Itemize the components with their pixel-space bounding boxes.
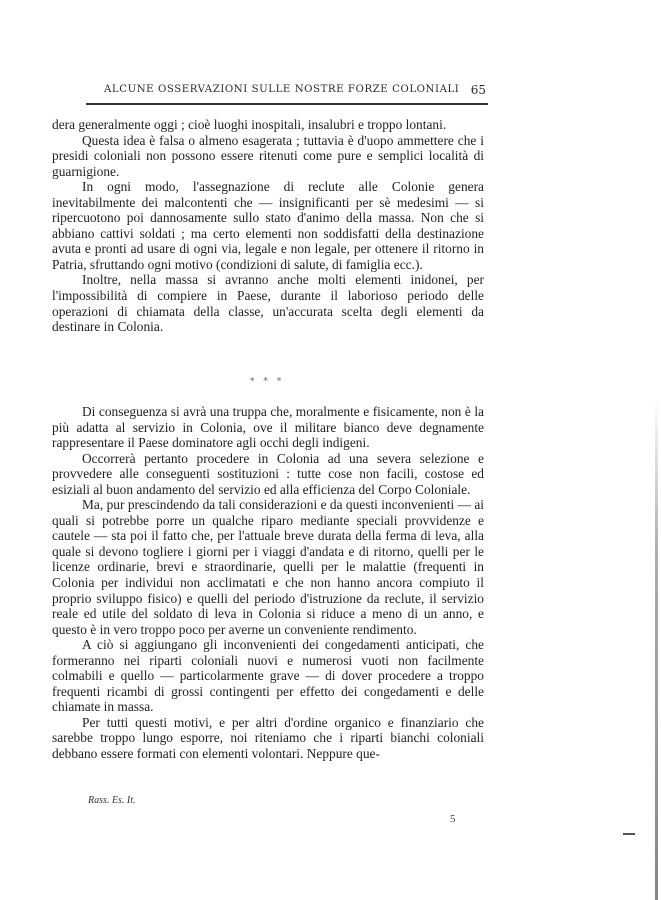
running-head-title: ALCUNE OSSERVAZIONI SULLE NOSTRE FORZE C… — [104, 84, 459, 95]
paragraph: Ma, pur prescindendo da tali considerazi… — [52, 497, 484, 637]
section-separator: * * * — [250, 377, 284, 387]
paragraph: In ogni modo, l'assegnazione di reclute … — [52, 179, 484, 272]
page-number: 65 — [471, 83, 486, 97]
paragraph: Inoltre, nella massa si avranno anche mo… — [52, 272, 484, 334]
paragraph: Occorrerà pertanto procedere in Colonia … — [52, 451, 484, 498]
document-page: ALCUNE OSSERVAZIONI SULLE NOSTRE FORZE C… — [0, 0, 661, 900]
paragraph: A ciò si aggiungano gli inconvenienti de… — [52, 637, 484, 715]
section-2: Di conseguenza si avrà una truppa che, m… — [52, 404, 484, 762]
scan-mark — [623, 833, 635, 835]
paragraph: Per tutti questi motivi, e per altri d'o… — [52, 715, 484, 762]
header-rule — [86, 103, 488, 105]
gathering-number: 5 — [450, 813, 456, 825]
section-1: dera generalmente oggi ; cioè luoghi ino… — [52, 117, 484, 335]
paragraph: dera generalmente oggi ; cioè luoghi ino… — [52, 117, 484, 133]
signature-mark: Rass. Es. It. — [88, 795, 136, 806]
paragraph: Di conseguenza si avrà una truppa che, m… — [52, 404, 484, 451]
paragraph: Questa idea è falsa o almeno esagerata ;… — [52, 133, 484, 180]
scan-page-edge — [655, 400, 658, 900]
